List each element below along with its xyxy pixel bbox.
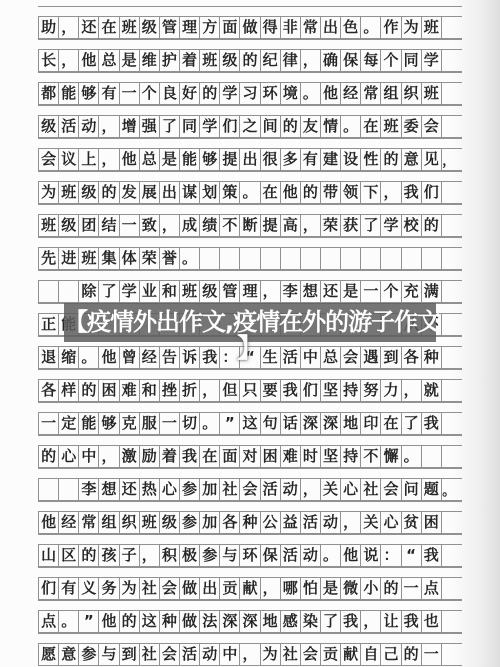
grid-cell: 委 [402,116,422,137]
grid-cell: ， [402,380,422,401]
grid-cell: 管 [160,17,180,38]
grid-cell [422,248,442,269]
grid-cell: 纪 [261,50,281,71]
grid-cell: 是 [341,281,361,302]
grid-cell: 困 [422,512,442,533]
grid-cell: 级 [140,17,160,38]
grid-cell: ， [59,50,79,71]
grid-cell: 保 [261,545,281,566]
interline-strip [38,138,462,148]
grid-cell: 体 [120,248,140,269]
grid-row: 长，他总是维护着班级的纪律，确保每个同学 [38,49,462,72]
grid-cell: ， [99,149,119,170]
grid-cell: 时 [301,446,321,467]
grid-cell: 每 [361,50,381,71]
grid-cell: 贫 [402,512,422,533]
grid-cell: 个 [140,83,160,104]
grid-cell: 深 [301,413,321,434]
grid-cell: 得 [261,17,281,38]
grid-cell: 学 [120,281,140,302]
grid-cell: 同 [402,50,422,71]
grid-cell: 一 [361,281,381,302]
grid-cell: 和 [160,281,180,302]
grid-cell: ， [301,479,321,500]
grid-cell: 参 [79,644,99,665]
grid-cell: 极 [180,545,200,566]
grid-cell: 的 [402,644,422,665]
grid-cell: 个 [381,50,401,71]
grid-cell [39,479,59,500]
grid-cell: 组 [381,83,401,104]
grid-cell: 社 [281,644,301,665]
grid-cell: 服 [140,413,160,434]
grid-cell: 的 [39,446,59,467]
grid-cell: 坚 [321,380,341,401]
grid-cell: 我 [422,545,442,566]
grid-cell: ， [99,446,119,467]
grid-cell: 参 [180,512,200,533]
grid-cell: 着 [180,50,200,71]
grid-cell: 这 [240,413,260,434]
grid-cell: 义 [79,578,99,599]
grid-cell: 印 [361,413,381,434]
grid-cell [402,248,422,269]
grid-cell: 作 [381,17,401,38]
grid-cell: 下 [361,182,381,203]
grid-cell: 折 [180,380,200,401]
grid-cell: 理 [240,281,260,302]
grid-cell: 我 [341,611,361,632]
grid-cell: 维 [140,50,160,71]
grid-cell: 都 [39,83,59,104]
grid-cell: 子 [120,545,140,566]
grid-cell [381,248,401,269]
grid-cell: 克 [120,413,140,434]
grid-cell: 难 [281,446,301,467]
grid-row-unit: 山区的孩子，积极参与环保活动。他说：“我 [38,534,462,567]
grid-cell: ， [99,116,119,137]
grid-cell: 经 [341,83,361,104]
grid-cell [39,281,59,302]
grid-cell: 良 [160,83,180,104]
grid-cell: 成 [180,215,200,236]
grid-cell: 但 [220,380,240,401]
grid-cell: 够 [79,83,99,104]
grid-cell: 了 [361,215,381,236]
grid-cell: 为 [261,644,281,665]
grid-cell: 种 [160,611,180,632]
grid-cell: 非 [281,17,301,38]
grid-cell: 出 [240,149,260,170]
grid-cell: 愿 [39,644,59,665]
grid-row-unit: 他经常组织班级参加各种公益活动，关心贫困 [38,501,462,534]
grid-cell: 同 [180,116,200,137]
grid-cell: 心 [381,512,401,533]
grid-cell: 加 [200,479,220,500]
grid-cell: 色 [341,17,361,38]
grid-cell: 是 [321,578,341,599]
grid-cell: 心 [160,479,180,500]
grid-cell: 确 [321,50,341,71]
grid-cell: 与 [99,644,119,665]
grid-row-unit: 为班级的发展出谋划策。在他的带领下，我们 [38,171,462,204]
grid-cell: 我 [180,446,200,467]
grid-cell: 提 [220,149,240,170]
grid-cell: 集 [99,248,119,269]
interline-strip [38,237,462,247]
grid-cell: 样 [59,380,79,401]
grid-cell: 不 [361,446,381,467]
grid-row-unit: 一定能够克服一切。”这句话深深地印在了我 [38,402,462,435]
grid-cell: ， [301,215,321,236]
grid-cell: 班 [180,281,200,302]
grid-row: 们有义务为社会做出贡献，哪怕是微小的一点 [38,577,462,600]
grid-cell: 。 [341,116,361,137]
grid-cell: 活 [301,512,321,533]
grid-cell: 了 [321,611,341,632]
grid-cell: 在 [361,116,381,137]
grid-cell: 建 [321,149,341,170]
grid-cell: 他 [281,182,301,203]
grid-cell: 习 [240,83,260,104]
grid-cell: 性 [361,149,381,170]
grid-cell: 自 [361,644,381,665]
grid-cell: 们 [39,578,59,599]
grid-cell: 了 [160,116,180,137]
grid-cell: 环 [240,545,260,566]
grid-cell: 业 [140,281,160,302]
grid-cell: 绩 [200,215,220,236]
grid-cell: 提 [261,215,281,236]
grid-cell: 还 [321,281,341,302]
grid-cell: 加 [200,512,220,533]
grid-row-unit: 会议上，他总是能够提出很多有建设性的意见， [38,138,462,171]
grid-cell: 荣 [140,248,160,269]
grid-cell: 的 [79,380,99,401]
interline-strip [38,39,462,49]
grid-cell: 力 [381,380,401,401]
grid-cell: 我 [281,380,301,401]
grid-cell: ， [261,578,281,599]
grid-cell: 。 [200,413,220,434]
interline-strip [38,402,462,412]
grid-cell: 活 [261,479,281,500]
grid-cell: 面 [220,446,240,467]
grid-cell: 坚 [321,446,341,467]
grid-cell: 微 [341,578,361,599]
grid-row: 先进班集体荣誉。 [38,247,462,270]
grid-cell [321,248,341,269]
grid-cell: 法 [200,611,220,632]
grid-cell: 。 [180,248,200,269]
grid-cell: 级 [79,182,99,203]
grid-row-unit: 除了学业和班级管理，李想还是一个充满 [38,270,462,303]
grid-cell: 律 [281,50,301,71]
interline-strip [38,270,462,280]
grid-cell: 参 [180,479,200,500]
grid-cell: 护 [160,50,180,71]
grid-cell: 只 [240,380,260,401]
interline-strip [38,435,462,445]
grid-cell: 他 [99,611,119,632]
grid-row-unit: 的心中，激励着我在面对困难时坚持不懈。 [38,435,462,468]
grid-row: 会议上，他总是能够提出很多有建设性的意见， [38,148,462,171]
title-overlay-banner: 【疫情外出作文,疫情在外的游子作文 】 [64,303,436,362]
grid-cell: 心 [59,446,79,467]
grid-cell: 社 [361,479,381,500]
grid-cell: ， [240,644,260,665]
grid-cell: 级 [200,281,220,302]
grid-cell: 在 [99,17,119,38]
grid-row: 他经常组织班级参加各种公益活动，关心贫困 [38,511,462,534]
grid-cell: 激 [120,446,140,467]
grid-cell: 热 [140,479,160,500]
grid-cell: 出 [160,182,180,203]
grid-cell: 先 [39,248,59,269]
grid-cell: 管 [220,281,240,302]
grid-cell: 务 [99,578,119,599]
grid-cell [220,248,240,269]
grid-cell [361,248,381,269]
grid-cell: 为 [120,578,140,599]
grid-row-unit: 先进班集体荣誉。 [38,237,462,270]
grid-cell: 是 [160,149,180,170]
grid-cell: 着 [160,446,180,467]
grid-row: 的心中，激励着我在面对困难时坚持不懈。 [38,445,462,468]
grid-cell: 和 [140,380,160,401]
grid-cell: 们 [301,380,321,401]
grid-cell: 的 [381,149,401,170]
grid-cell: 面 [220,17,240,38]
interline-strip [38,72,462,82]
grid-cell: 一 [160,413,180,434]
grid-cell: 让 [381,611,401,632]
grid-cell: 级 [39,116,59,137]
grid-cell: 退 [39,347,59,368]
grid-cell: 团 [79,215,99,236]
grid-cell: 要 [261,380,281,401]
grid-cell: 切 [180,413,200,434]
grid-cell: 贡 [321,644,341,665]
grid-cell: 持 [341,380,361,401]
grid-cell: 他 [120,149,140,170]
grid-cell: ， [200,380,220,401]
grid-cell: 级 [160,512,180,533]
grid-cell: 感 [281,611,301,632]
grid-cell: 不 [220,215,240,236]
grid-cell: 设 [341,149,361,170]
grid-cell: 班 [200,50,220,71]
grid-cell [200,248,220,269]
grid-row-unit: 愿意参与到社会活动中，为社会贡献自己的一 [38,633,462,666]
grid-cell: 会 [422,116,442,137]
grid-cell: 在 [261,182,281,203]
grid-cell: 挫 [160,380,180,401]
grid-cell: 一 [120,215,140,236]
grid-cell: 增 [120,116,140,137]
grid-cell: 想 [301,281,321,302]
interline-strip [38,567,462,577]
interline-strip [38,171,462,181]
grid-cell: 问 [402,479,422,500]
grid-cell: 上 [79,149,99,170]
grid-cell: 有 [301,149,321,170]
grid-cell: 就 [422,380,442,401]
grid-cell: 公 [261,512,281,533]
grid-cell: ， [341,512,361,533]
grid-cell: 难 [120,380,140,401]
grid-cell: 长 [39,50,59,71]
grid-cell: 很 [261,149,281,170]
grid-cell: 地 [261,611,281,632]
grid-cell: 会 [240,479,260,500]
grid-cell [341,248,361,269]
grid-cell: 的 [240,50,260,71]
grid-row-unit: 班级团结一致，成绩不断提高，荣获了学校的 [38,204,462,237]
interline-strip [38,468,462,478]
grid-cell: 断 [240,215,260,236]
grid-cell: 种 [240,512,260,533]
grid-cell: 句 [261,413,281,434]
grid-row-unit: 们有义务为社会做出贡献，哪怕是微小的一点 [38,567,462,600]
grid-cell: ， [59,17,79,38]
grid-cell: 间 [261,116,281,137]
interline-strip [38,6,462,16]
grid-cell: 深 [220,611,240,632]
grid-cell: 一 [402,578,422,599]
composition-paper: 助，还在班级管理方面做得非常出色。作为班长，他总是维护着班级的纪律，确保每个同学… [0,0,500,667]
grid-cell: 够 [200,149,220,170]
grid-cell: 与 [220,545,240,566]
grid-cell: 班 [381,116,401,137]
grid-row-unit: 级活动，增强了同学们之间的友情。在班委会 [38,105,462,138]
grid-cell: ， [361,611,381,632]
grid-cell: 他 [39,512,59,533]
grid-row-unit: 都能够有一个良好的学习环境。他经常组织班 [38,72,462,105]
grid-cell: 划 [200,182,220,203]
grid-row: 为班级的发展出谋划策。在他的带领下，我们 [38,181,462,204]
grid-cell: 学 [381,215,401,236]
grid-cell: 出 [321,17,341,38]
grid-cell: 常 [361,83,381,104]
grid-cell: 学 [220,83,240,104]
grid-cell: 班 [79,248,99,269]
grid-cell: 在 [381,413,401,434]
grid-cell: ” [79,611,99,632]
grid-cell: 进 [59,248,79,269]
grid-cell: 到 [120,644,140,665]
grid-cell: 困 [99,380,119,401]
grid-cell: 贡 [220,578,240,599]
grid-cell: 点 [422,578,442,599]
grid-cell: 是 [120,50,140,71]
grid-cell: ” [220,413,240,434]
grid-cell: 总 [99,50,119,71]
grid-cell: 做 [240,17,260,38]
grid-row: 点。”他的这种做法深深地感染了我，让我也 [38,610,462,633]
grid-row-unit: 点。”他的这种做法深深地感染了我，让我也 [38,600,462,633]
grid-cell: 见 [422,149,442,170]
grid-cell: 动 [281,479,301,500]
grid-cell: 哪 [281,578,301,599]
grid-row: 级活动，增强了同学们之间的友情。在班委会 [38,115,462,138]
grid-cell: 。 [301,83,321,104]
grid-row-unit: 各样的困难和挫折，但只要我们坚持努力，就 [38,369,462,402]
grid-cell: 有 [99,83,119,104]
grid-cell: 的 [422,215,442,236]
grid-cell: 。 [59,611,79,632]
grid-cell: 我 [402,611,422,632]
grid-cell: 能 [79,413,99,434]
grid-cell: 个 [381,281,401,302]
grid-row: 愿意参与到社会活动中，为社会贡献自己的一 [38,643,462,666]
grid-cell: 地 [341,413,361,434]
grid-cell: 会 [301,644,321,665]
grid-cell: 想 [99,479,119,500]
grid-cell [301,248,321,269]
grid-cell: 话 [281,413,301,434]
grid-cell: 带 [321,182,341,203]
grid-cell: 多 [281,149,301,170]
grid-cell: 关 [361,512,381,533]
grid-cell: 一 [422,644,442,665]
grid-cell: 会 [160,578,180,599]
interline-strip [38,600,462,610]
grid-cell: 李 [281,281,301,302]
grid-cell: 除 [79,281,99,302]
grid-cell: 的 [381,578,401,599]
grid-cell: 动 [301,545,321,566]
grid-cell: 深 [240,611,260,632]
grid-cell: 强 [140,116,160,137]
grid-cell [59,479,79,500]
grid-cell: 还 [79,17,99,38]
grid-cell: 一 [39,413,59,434]
grid-cell: 懈 [381,446,401,467]
grid-cell: 为 [39,182,59,203]
grid-cell: 的 [79,545,99,566]
grid-cell: 班 [140,512,160,533]
grid-cell: 我 [402,182,422,203]
grid-cell: 了 [402,413,422,434]
grid-cell: 益 [281,512,301,533]
grid-cell: 活 [281,545,301,566]
grid-cell: 活 [59,116,79,137]
grid-row: 山区的孩子，积极参与环保活动。他说：“我 [38,544,462,567]
grid-cell: 他 [79,50,99,71]
grid-cell: 班 [59,182,79,203]
grid-cell: 。 [321,545,341,566]
grid-cell: 荣 [321,215,341,236]
grid-cell: 经 [59,512,79,533]
grid-cell: 情 [321,116,341,137]
grid-row: 除了学业和班级管理，李想还是一个充满 [38,280,462,303]
grid-cell: 谋 [180,182,200,203]
grid-cell: 友 [301,116,321,137]
grid-cell: 孩 [99,545,119,566]
grid-cell: ： [381,545,401,566]
grid-cell [240,248,260,269]
grid-cell: 区 [59,545,79,566]
grid-cell: 对 [240,446,260,467]
grid-cell: 也 [422,611,442,632]
grid-cell: 的 [99,182,119,203]
grid-row-unit: 助，还在班级管理方面做得非常出色。作为班 [38,6,462,39]
grid-cell: 点 [39,611,59,632]
grid-cell: 社 [140,644,160,665]
grid-cell: 领 [341,182,361,203]
grid-cell: 一 [120,83,140,104]
